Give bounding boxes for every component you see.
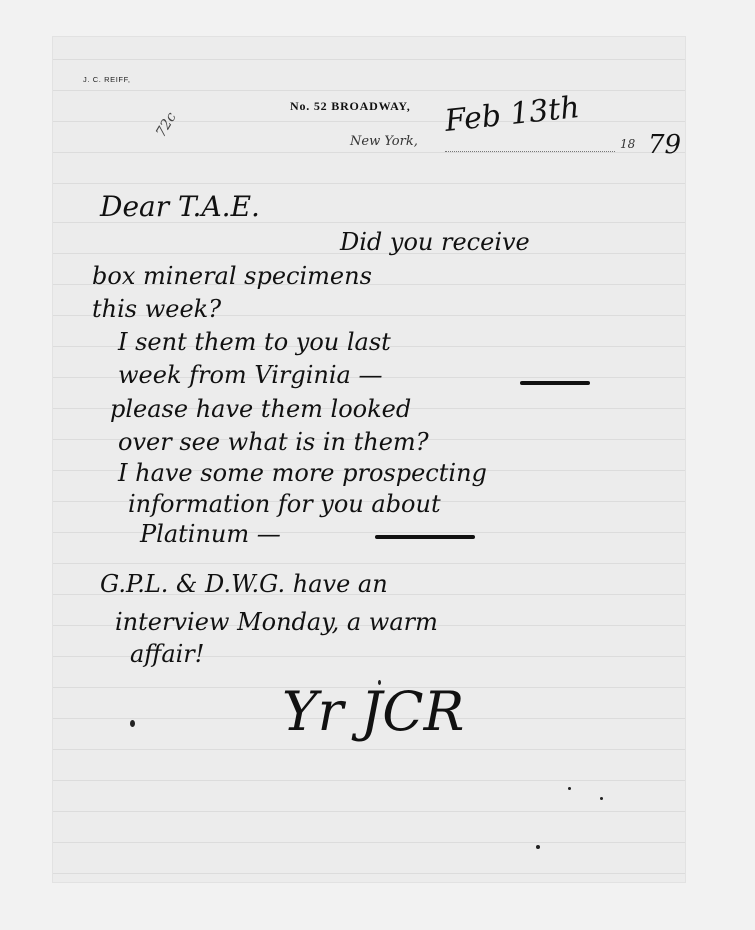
ink-speck [568, 787, 571, 790]
ink-speck [536, 845, 540, 849]
letter-line: G.P.L. & D.W.G. have an [100, 570, 388, 598]
ink-speck [600, 797, 603, 800]
ink-speck [378, 680, 381, 685]
letter-line: Did you receive [340, 228, 530, 256]
letter-line: this week? [92, 295, 221, 323]
letter-line: over see what is in them? [118, 428, 429, 456]
handwritten-year-suffix: 79 [648, 130, 681, 160]
signature: Yr JCR [282, 680, 464, 743]
letter-line: Platinum — [140, 520, 281, 548]
letter-line: I have some more prospecting [118, 459, 487, 487]
letter-line: week from Virginia — [118, 361, 382, 389]
letterhead-address: No. 52 BROADWAY, [290, 99, 411, 114]
letter-line: please have them looked [110, 395, 411, 423]
ink-dash-stroke [520, 381, 590, 385]
printed-year-prefix: 18 [620, 137, 635, 151]
salutation: Dear T.A.E. [100, 190, 260, 223]
letter-line: interview Monday, a warm [115, 608, 438, 636]
letter-line: box mineral specimens [92, 262, 372, 290]
ink-dash-stroke [375, 535, 475, 539]
letter-line: information for you about [128, 490, 441, 518]
letter-line: I sent them to you last [118, 328, 391, 356]
date-dotted-line [445, 151, 615, 152]
ink-speck [130, 720, 135, 727]
letterhead-place: New York, [350, 134, 418, 149]
letter-line: affair! [130, 640, 204, 668]
letterhead-name: J. C. REIFF, [83, 75, 131, 84]
